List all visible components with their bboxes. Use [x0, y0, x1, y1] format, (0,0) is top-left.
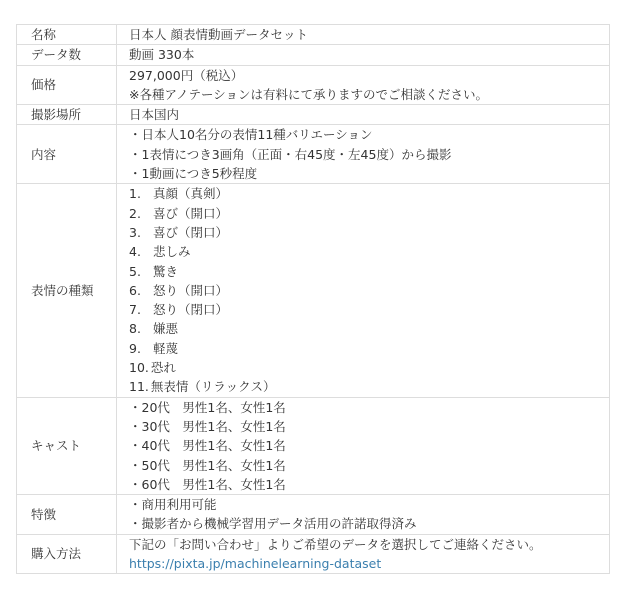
list-item: 3.喜び（閉口）: [129, 223, 609, 242]
row-value: 日本国内: [117, 105, 610, 125]
list-item: 9.軽蔑: [129, 339, 609, 358]
dataset-link[interactable]: https://pixta.jp/machinelearning-dataset: [129, 556, 381, 571]
expression-list: 1.真顔（真剣） 2.喜び（開口） 3.喜び（閉口） 4.悲しみ 5.驚き 6.…: [117, 184, 610, 397]
value-line: ・商用利用可能: [129, 495, 609, 514]
price-value: 297,000円（税込）: [129, 66, 609, 85]
table-row-expression-types: 表情の種類 1.真顔（真剣） 2.喜び（開口） 3.喜び（閉口） 4.悲しみ 5…: [17, 184, 610, 397]
list-item: 5.驚き: [129, 262, 609, 281]
value-line: 下記の「お問い合わせ」よりご希望のデータを選択してご連絡ください。: [129, 535, 609, 554]
value-line: 動画 330本: [129, 45, 609, 64]
value-line: ・30代 男性1名、女性1名: [129, 417, 609, 436]
value-line: ・40代 男性1名、女性1名: [129, 436, 609, 455]
row-label: 価格: [17, 65, 117, 105]
value-line: ・60代 男性1名、女性1名: [129, 475, 609, 494]
table-row-price: 価格 297,000円（税込） ※各種アノテーションは有料にて承りますのでご相談…: [17, 65, 610, 105]
list-item: 4.悲しみ: [129, 242, 609, 261]
list-item: 7.怒り（閉口）: [129, 300, 609, 319]
row-label: 購入方法: [17, 534, 117, 574]
row-label: 名称: [17, 25, 117, 45]
row-label: 特徴: [17, 495, 117, 535]
table-row-purchase: 購入方法 下記の「お問い合わせ」よりご希望のデータを選択してご連絡ください。 h…: [17, 534, 610, 574]
table-row-location: 撮影場所 日本国内: [17, 105, 610, 125]
list-item: 2.喜び（開口）: [129, 204, 609, 223]
row-label: キャスト: [17, 397, 117, 494]
row-value: 日本人 顔表情動画データセット: [117, 25, 610, 45]
row-value: ・商用利用可能 ・撮影者から機械学習用データ活用の許諾取得済み: [117, 495, 610, 535]
row-label: 表情の種類: [17, 184, 117, 397]
table-row-data-count: データ数 動画 330本: [17, 45, 610, 65]
price-note: ※各種アノテーションは有料にて承りますのでご相談ください。: [129, 85, 609, 104]
table-row-cast: キャスト ・20代 男性1名、女性1名 ・30代 男性1名、女性1名 ・40代 …: [17, 397, 610, 494]
value-line: ・20代 男性1名、女性1名: [129, 398, 609, 417]
list-item: 6.怒り（開口）: [129, 281, 609, 300]
list-item: 10.恐れ: [129, 358, 609, 377]
row-value: ・20代 男性1名、女性1名 ・30代 男性1名、女性1名 ・40代 男性1名、…: [117, 397, 610, 494]
value-line: 日本人 顔表情動画データセット: [129, 25, 609, 44]
value-line: ・1動画につき5秒程度: [129, 164, 609, 183]
row-value: 297,000円（税込） ※各種アノテーションは有料にて承りますのでご相談くださ…: [117, 65, 610, 105]
table-row-name: 名称 日本人 顔表情動画データセット: [17, 25, 610, 45]
value-line: 日本国内: [129, 105, 609, 124]
dataset-spec-table: 名称 日本人 顔表情動画データセット データ数 動画 330本 価格 297,0…: [16, 24, 610, 574]
row-value: 動画 330本: [117, 45, 610, 65]
value-line: ・50代 男性1名、女性1名: [129, 456, 609, 475]
value-line: ・撮影者から機械学習用データ活用の許諾取得済み: [129, 514, 609, 533]
table-row-features: 特徴 ・商用利用可能 ・撮影者から機械学習用データ活用の許諾取得済み: [17, 495, 610, 535]
row-value: 下記の「お問い合わせ」よりご希望のデータを選択してご連絡ください。 https:…: [117, 534, 610, 574]
row-label: 撮影場所: [17, 105, 117, 125]
value-line: ・1表情につき3画角（正面・右45度・左45度）から撮影: [129, 145, 609, 164]
row-label: 内容: [17, 125, 117, 184]
row-label: データ数: [17, 45, 117, 65]
list-item: 8.嫌悪: [129, 319, 609, 338]
value-line: ・日本人10名分の表情11種バリエーション: [129, 125, 609, 144]
table-row-contents: 内容 ・日本人10名分の表情11種バリエーション ・1表情につき3画角（正面・右…: [17, 125, 610, 184]
list-item: 11.無表情（リラックス）: [129, 377, 609, 396]
list-item: 1.真顔（真剣）: [129, 184, 609, 203]
row-value: ・日本人10名分の表情11種バリエーション ・1表情につき3画角（正面・右45度…: [117, 125, 610, 184]
